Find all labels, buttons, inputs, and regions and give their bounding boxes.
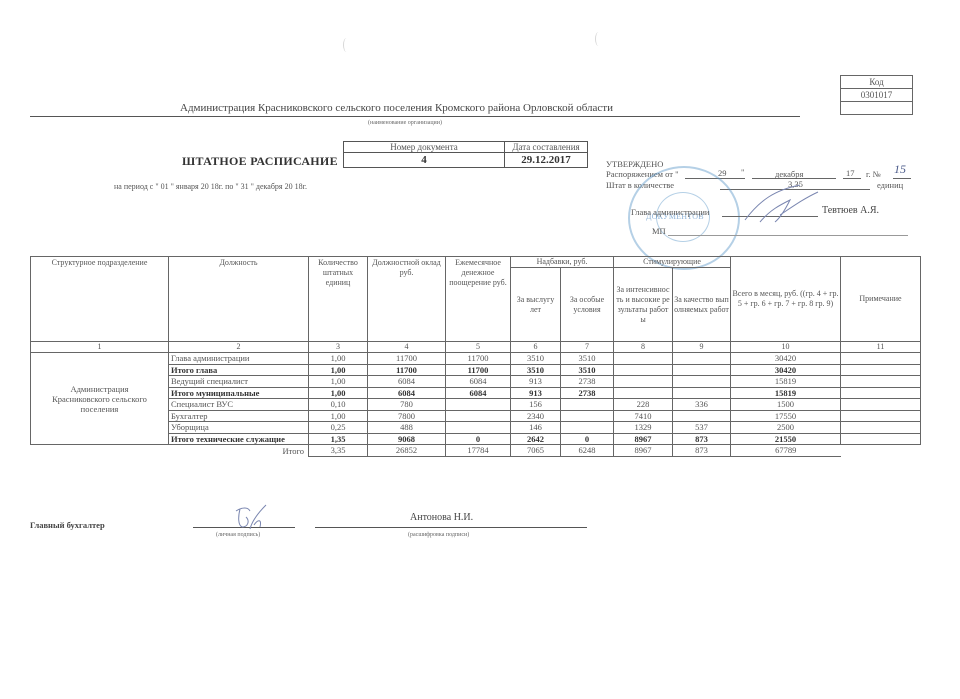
header-allow-special: За особые условия <box>561 268 614 342</box>
total-cell: 1500 <box>731 399 841 411</box>
order-quote: " <box>741 167 744 177</box>
special-cell <box>561 399 614 411</box>
service-cell: 913 <box>511 387 561 399</box>
bonus-cell <box>446 410 511 422</box>
name-line <box>315 527 587 528</box>
position-cell: Уборщица <box>169 422 309 434</box>
column-number: 1 <box>31 342 169 353</box>
note-cell <box>841 376 921 388</box>
grand-total-special: 6248 <box>561 445 614 457</box>
decode-caption: (расшифровка подписи) <box>408 532 469 538</box>
special-cell: 3510 <box>561 353 614 365</box>
intensity-cell: 228 <box>614 399 673 411</box>
order-month: декабря <box>775 169 803 179</box>
grand-total-count: 3,35 <box>309 445 368 457</box>
quality-cell <box>673 387 731 399</box>
header-position: Должность <box>169 257 309 342</box>
intensity-cell: 1329 <box>614 422 673 434</box>
column-number: 8 <box>614 342 673 353</box>
code-extra <box>841 102 912 114</box>
staff-unit: единиц <box>877 180 903 190</box>
salary-cell: 7800 <box>368 410 446 422</box>
salary-cell: 6084 <box>368 376 446 388</box>
quality-cell: 873 <box>673 433 731 445</box>
special-cell: 0 <box>561 433 614 445</box>
document-title: ШТАТНОЕ РАСПИСАНИЕ <box>182 154 338 169</box>
header-stim-quality: За качество выполняемых работ <box>673 268 731 342</box>
service-cell: 146 <box>511 422 561 434</box>
note-cell <box>841 353 921 365</box>
chief-accountant-label: Главный бухгалтер <box>30 520 105 530</box>
blank-cell <box>31 445 169 457</box>
doc-date-label: Дата составления <box>505 142 588 153</box>
intensity-cell: 8967 <box>614 433 673 445</box>
doc-date-value: 29.12.2017 <box>505 153 588 168</box>
service-cell: 156 <box>511 399 561 411</box>
official-stamp: ДОКУМЕНТОВ <box>628 166 740 270</box>
header-salary: Должностной оклад руб. <box>368 257 446 342</box>
special-cell <box>561 422 614 434</box>
order-year-line <box>843 178 861 179</box>
order-year-suffix: г. № <box>866 169 881 179</box>
count-cell: 1,35 <box>309 433 368 445</box>
special-cell <box>561 410 614 422</box>
service-cell: 3510 <box>511 364 561 376</box>
order-year: 17 <box>846 168 855 178</box>
header-allow-service: За выслугу лет <box>511 268 561 342</box>
bonus-cell: 6084 <box>446 387 511 399</box>
count-cell: 1,00 <box>309 353 368 365</box>
blank-cell <box>841 445 921 457</box>
column-number: 6 <box>511 342 561 353</box>
salary-cell: 6084 <box>368 387 446 399</box>
salary-cell: 11700 <box>368 364 446 376</box>
period-text: на период с " 01 " января 20 18г. по " 3… <box>114 182 307 191</box>
intensity-cell <box>614 364 673 376</box>
total-cell: 15819 <box>731 387 841 399</box>
punch-hole-mark <box>595 32 602 46</box>
seal-label: МП <box>652 226 666 236</box>
code-value: 0301017 <box>841 89 912 102</box>
header-count: Количество штатных единиц <box>309 257 368 342</box>
quality-cell <box>673 410 731 422</box>
organization-name: Администрация Красниковского сельского п… <box>180 102 660 114</box>
intensity-cell <box>614 353 673 365</box>
note-cell <box>841 410 921 422</box>
intensity-cell: 7410 <box>614 410 673 422</box>
position-cell: Итого технические служащие <box>169 433 309 445</box>
organization-underline <box>30 116 800 117</box>
quality-cell <box>673 376 731 388</box>
position-cell: Итого глава <box>169 364 309 376</box>
doc-number-value: 4 <box>344 153 505 168</box>
order-number: 15 <box>894 162 906 177</box>
bonus-cell: 6084 <box>446 376 511 388</box>
quality-cell <box>673 364 731 376</box>
salary-cell: 488 <box>368 422 446 434</box>
structural-unit-cell: Администрация Красниковского сельского п… <box>31 353 169 445</box>
intensity-cell <box>614 376 673 388</box>
service-cell: 3510 <box>511 353 561 365</box>
order-day: 29 <box>718 168 727 178</box>
quality-cell: 537 <box>673 422 731 434</box>
total-cell: 2500 <box>731 422 841 434</box>
okud-code-box: Код 0301017 <box>840 75 913 115</box>
document-number-table: Номер документа Дата составления 4 29.12… <box>343 141 588 168</box>
column-number: 10 <box>731 342 841 353</box>
count-cell: 1,00 <box>309 364 368 376</box>
grand-total-salary: 26852 <box>368 445 446 457</box>
bonus-cell: 0 <box>446 433 511 445</box>
total-cell: 17550 <box>731 410 841 422</box>
note-cell <box>841 422 921 434</box>
position-cell: Глава администрации <box>169 353 309 365</box>
column-number: 7 <box>561 342 614 353</box>
position-cell: Бухгалтер <box>169 410 309 422</box>
accountant-signature <box>232 503 272 533</box>
organization-caption: (наименование организации) <box>368 120 442 126</box>
grand-total-label: Итого <box>169 445 309 457</box>
count-cell: 1,00 <box>309 376 368 388</box>
quality-cell: 336 <box>673 399 731 411</box>
quality-cell <box>673 353 731 365</box>
salary-cell: 9068 <box>368 433 446 445</box>
header-stimulating: Стимулирующие <box>614 257 731 268</box>
bonus-cell: 11700 <box>446 364 511 376</box>
total-cell: 30420 <box>731 364 841 376</box>
note-cell <box>841 387 921 399</box>
service-cell: 913 <box>511 376 561 388</box>
punch-hole-mark <box>343 38 350 52</box>
special-cell: 3510 <box>561 364 614 376</box>
signature-caption: (личная подпись) <box>216 532 260 538</box>
note-cell <box>841 364 921 376</box>
note-cell <box>841 399 921 411</box>
header-total-month: Всего в месяц, руб. ((гр. 4 + гр. 5 + гр… <box>731 257 841 342</box>
doc-number-label: Номер документа <box>344 142 505 153</box>
column-number: 5 <box>446 342 511 353</box>
table-row: Администрация Красниковского сельского п… <box>31 353 921 365</box>
code-label: Код <box>841 76 912 89</box>
position-cell: Итого муниципальные <box>169 387 309 399</box>
chief-accountant-name: Антонова Н.И. <box>410 512 473 523</box>
total-cell: 15819 <box>731 376 841 388</box>
column-number: 9 <box>673 342 731 353</box>
position-cell: Специалист ВУС <box>169 399 309 411</box>
staff-schedule-table: Структурное подразделение Должность Коли… <box>30 256 921 457</box>
grand-total-bonus: 17784 <box>446 445 511 457</box>
count-cell: 1,00 <box>309 410 368 422</box>
service-cell: 2642 <box>511 433 561 445</box>
bonus-cell: 11700 <box>446 353 511 365</box>
count-cell: 1,00 <box>309 387 368 399</box>
header-stim-intensity: За интенсивность и высокие результаты ра… <box>614 268 673 342</box>
special-cell: 2738 <box>561 387 614 399</box>
count-cell: 0,10 <box>309 399 368 411</box>
grand-total-total: 67789 <box>731 445 841 457</box>
head-name: Тевтюев А.Я. <box>822 205 879 216</box>
bonus-cell <box>446 399 511 411</box>
order-number-line <box>893 178 911 179</box>
grand-total-intensity: 8967 <box>614 445 673 457</box>
header-bonus: Ежемесячное денежное поощерение руб. <box>446 257 511 342</box>
grand-total-quality: 873 <box>673 445 731 457</box>
head-signature <box>740 180 820 230</box>
grand-total-row: Итого3,35268521778470656248896787367789 <box>31 445 921 457</box>
salary-cell: 11700 <box>368 353 446 365</box>
header-unit: Структурное подразделение <box>31 257 169 342</box>
intensity-cell <box>614 387 673 399</box>
note-cell <box>841 433 921 445</box>
header-allowances: Надбавки, руб. <box>511 257 614 268</box>
column-number: 4 <box>368 342 446 353</box>
total-cell: 30420 <box>731 353 841 365</box>
total-cell: 21550 <box>731 433 841 445</box>
seal-line <box>668 235 908 236</box>
head-label: Глава администрации <box>631 207 709 217</box>
bonus-cell <box>446 422 511 434</box>
salary-cell: 780 <box>368 399 446 411</box>
header-note: Примечание <box>841 257 921 342</box>
column-number-row: 1234567891011 <box>31 342 921 353</box>
service-cell: 2340 <box>511 410 561 422</box>
column-number: 2 <box>169 342 309 353</box>
count-cell: 0,25 <box>309 422 368 434</box>
column-number: 11 <box>841 342 921 353</box>
column-number: 3 <box>309 342 368 353</box>
grand-total-service: 7065 <box>511 445 561 457</box>
special-cell: 2738 <box>561 376 614 388</box>
position-cell: Ведущий специалист <box>169 376 309 388</box>
